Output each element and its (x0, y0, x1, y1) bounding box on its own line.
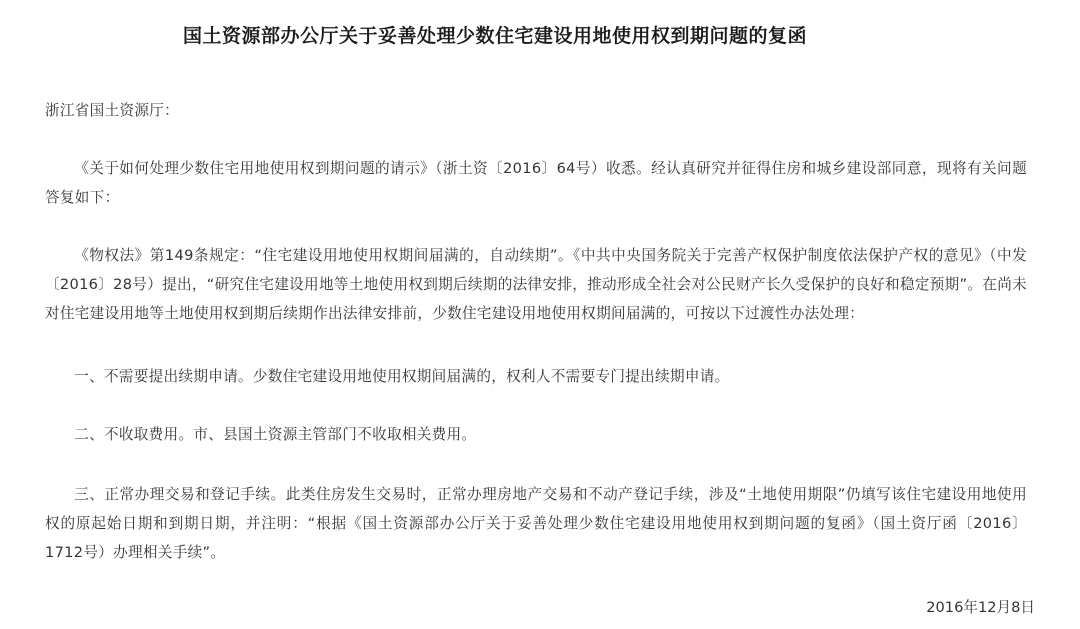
paragraph-request-ack: 《关于如何处理少数住宅用地使用权到期问题的请示》（浙土资〔2016〕64号）收悉… (45, 154, 1027, 212)
paragraph-item-one: 一、不需要提出续期申请。少数住宅建设用地使用权期间届满的，权利人不需要专门提出续… (45, 362, 1027, 391)
paragraph-item-two: 二、不收取费用。市、县国土资源主管部门不收取相关费用。 (45, 420, 1027, 449)
paragraph-item-three: 三、正常办理交易和登记手续。此类住房发生交易时，正常办理房地产交易和不动产登记手… (45, 480, 1027, 567)
document-title: 国土资源部办公厅关于妥善处理少数住宅建设用地使用权到期问题的复函 (0, 22, 1035, 50)
paragraph-legal-basis: 《物权法》第149条规定：“住宅建设用地使用权期间届满的，自动续期”。《中共中央… (45, 241, 1027, 328)
document-date: 2016年12月8日 (926, 596, 1035, 620)
salutation: 浙江省国土资源厅： (45, 96, 1027, 125)
